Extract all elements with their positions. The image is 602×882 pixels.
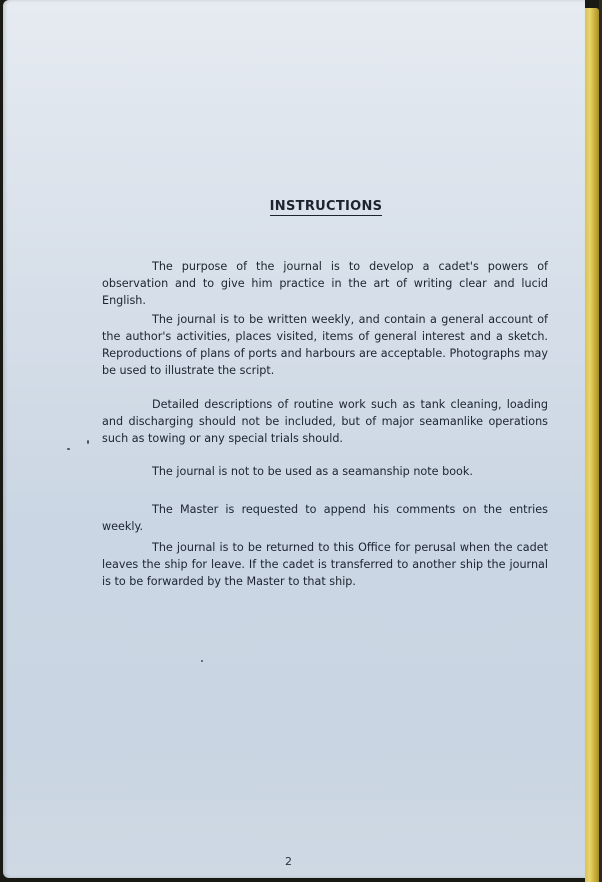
page-number: 2 [285,855,292,868]
page-title: INSTRUCTIONS [3,199,602,214]
paragraph-weekly-writing: The journal is to be written weekly, and… [102,311,548,379]
book-binding-edge [585,8,599,882]
paper-speck [67,448,70,450]
paragraph-not-note-book: The journal is not to be used as a seama… [102,463,548,480]
paragraph-detailed-descriptions: Detailed descriptions of routine work su… [102,396,548,447]
document-page: INSTRUCTIONS The purpose of the journal … [3,0,585,878]
paragraph-master-comments: The Master is requested to append his co… [102,501,548,535]
paper-speck [201,660,203,662]
paragraph-purpose: The purpose of the journal is to develop… [102,258,548,309]
paper-speck [87,440,89,444]
title-text: INSTRUCTIONS [270,199,383,216]
paragraph-return-journal: The journal is to be returned to this Of… [102,539,548,590]
